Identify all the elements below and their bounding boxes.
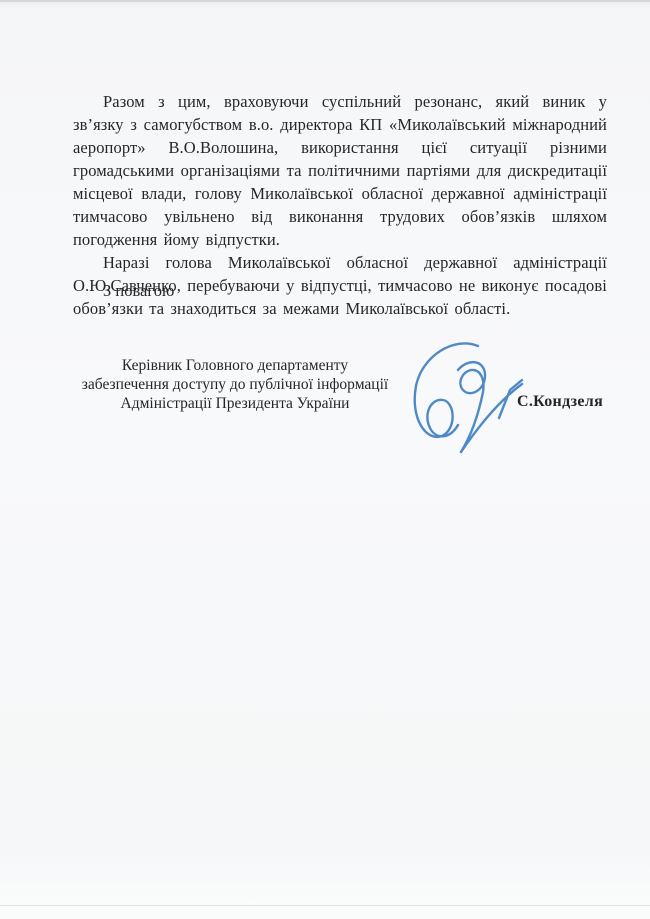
closing-salutation: З повагою	[103, 279, 174, 302]
signatory-title-line-3: Адміністрації Президента України	[75, 394, 395, 413]
handwritten-signature-icon	[402, 336, 524, 462]
scanned-letter-page: Разом з цим, враховуючи суспільний резон…	[0, 0, 650, 919]
signatory-title-line-1: Керівник Головного департаменту	[75, 356, 395, 375]
scan-edge-line	[0, 905, 650, 906]
body-paragraph-1: Разом з цим, враховуючи суспільний резон…	[73, 90, 607, 251]
signatory-title-block: Керівник Головного департаменту забезпеч…	[75, 356, 395, 413]
signatory-title-line-2: забезпечення доступу до публічної інформ…	[75, 375, 395, 394]
signatory-name: С.Кондзеля	[517, 393, 603, 411]
